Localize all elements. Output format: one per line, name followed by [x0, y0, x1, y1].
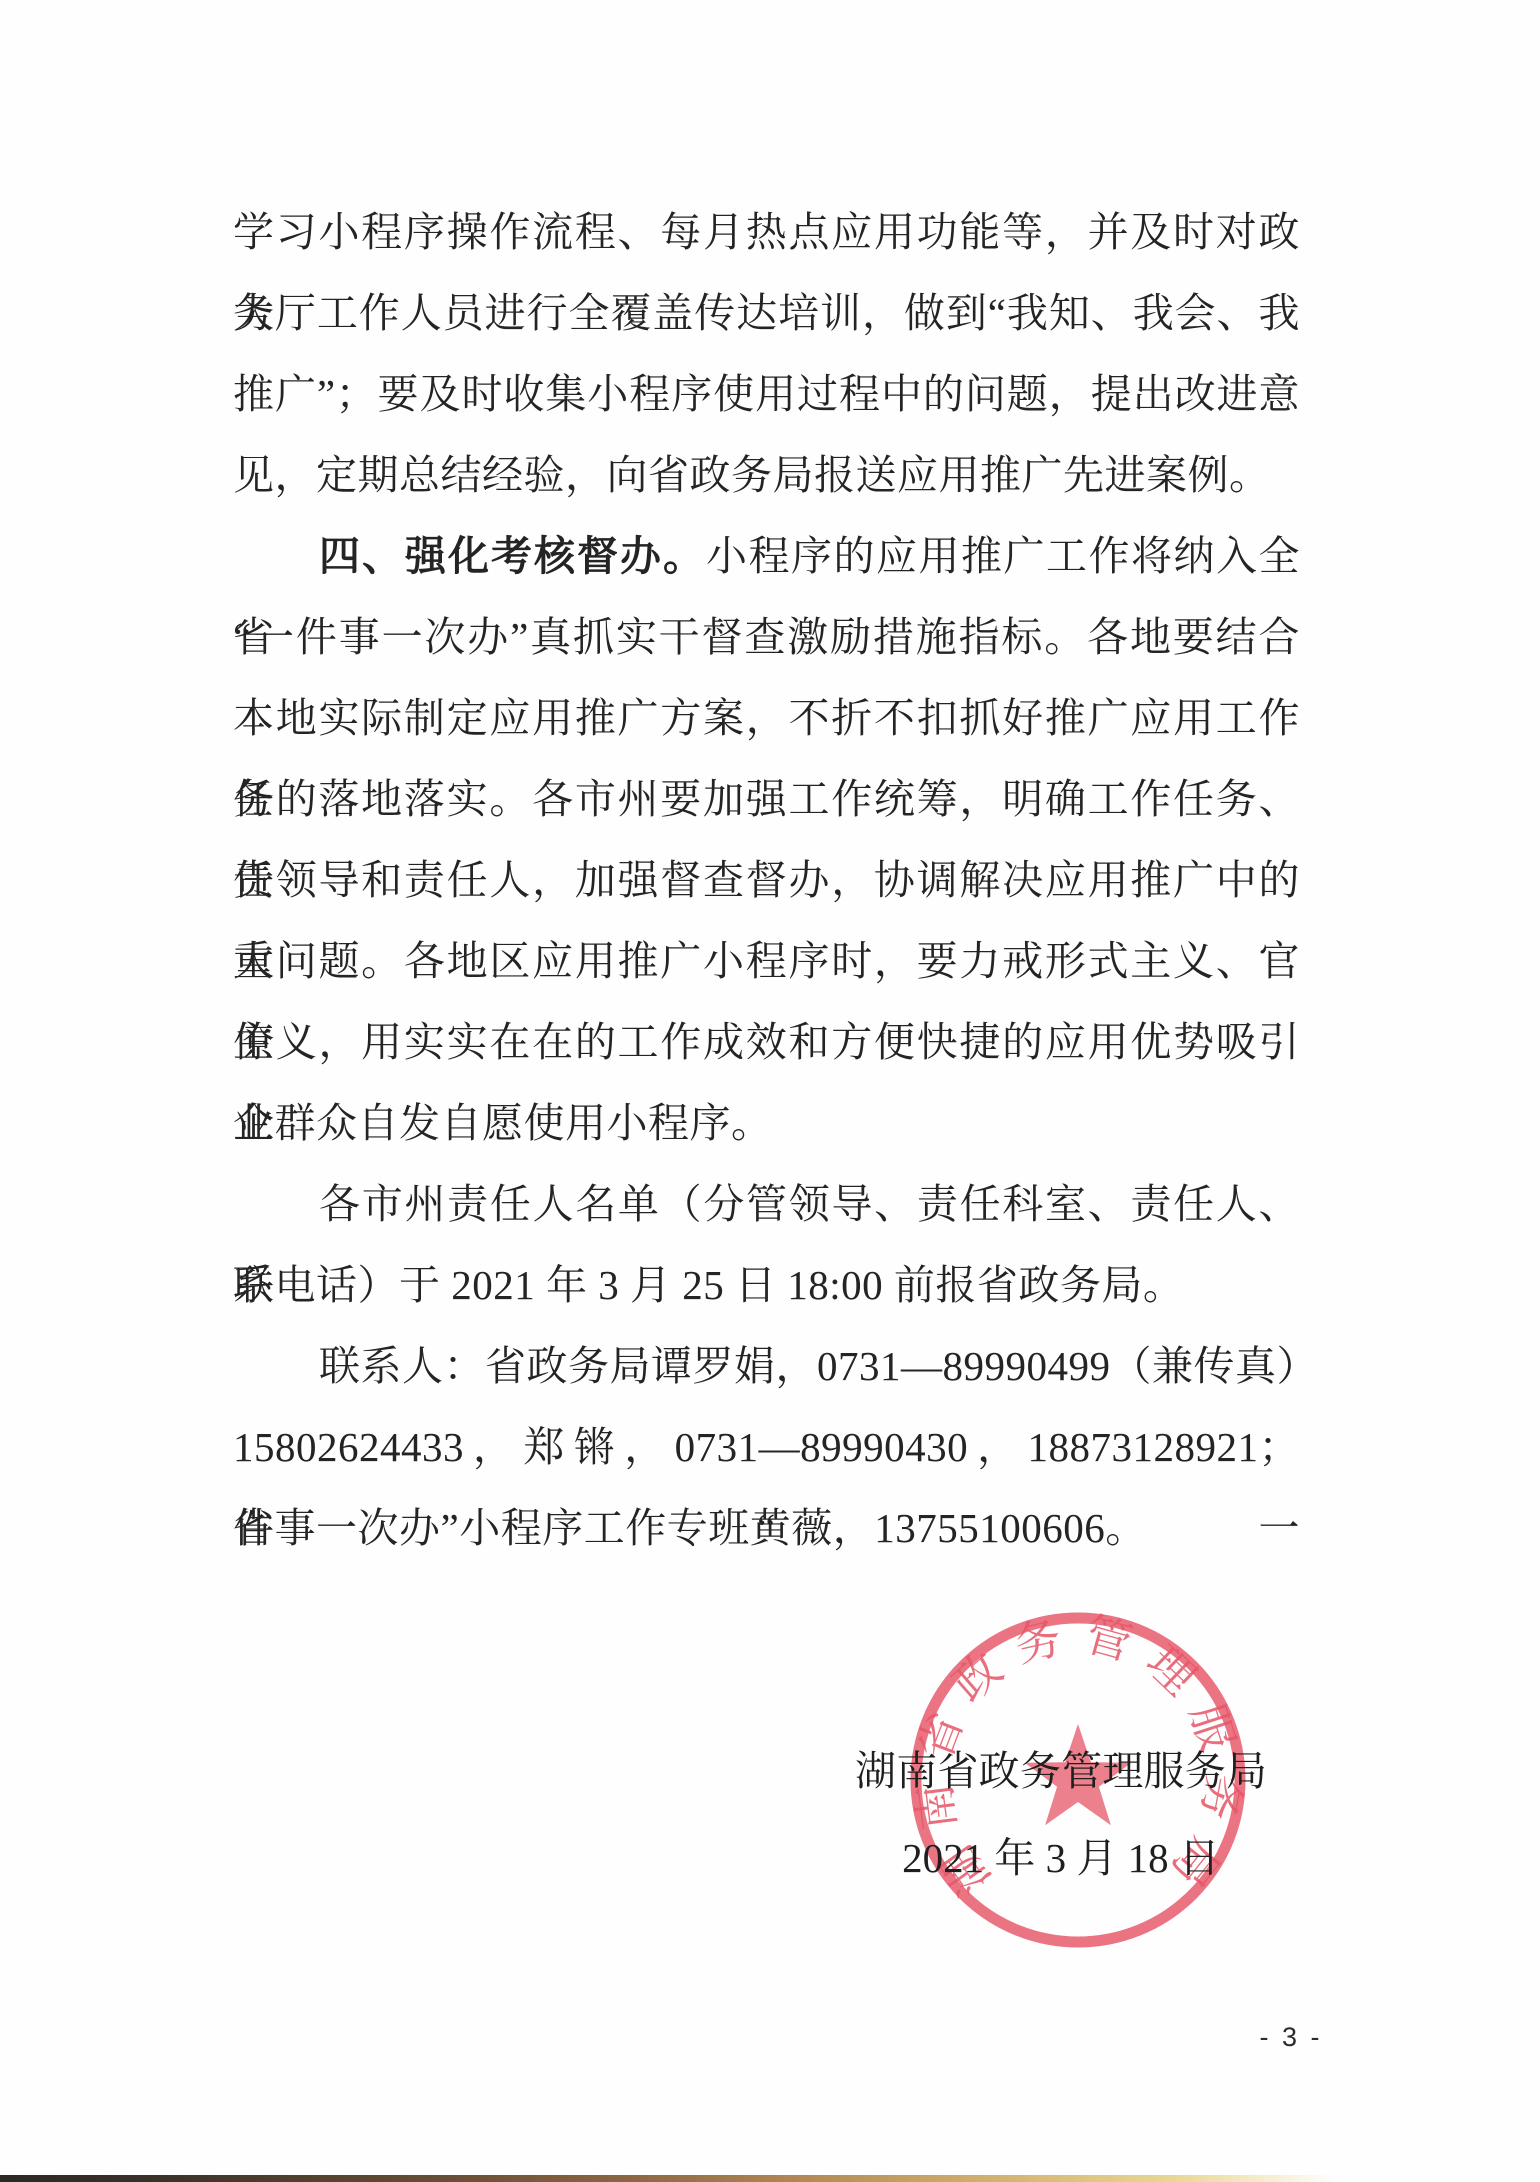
text-line: 大问题。各地区应用推广小程序时，要力戒形式主义、官僚 [233, 921, 1300, 1002]
text-line: 大厅工作人员进行全覆盖传达培训，做到“我知、我会、我 [233, 273, 1300, 354]
document-page: 学习小程序操作流程、每月热点应用功能等，并及时对政务 大厅工作人员进行全覆盖传达… [0, 0, 1540, 2182]
text-line: 务的落地落实。各市州要加强工作统筹，明确工作任务、责 [233, 759, 1300, 840]
body-text: 学习小程序操作流程、每月热点应用功能等，并及时对政务 大厅工作人员进行全覆盖传达… [233, 192, 1300, 1569]
text-line: “一件事一次办”真抓实干督查激励措施指标。各地要结合 [233, 597, 1300, 678]
section-heading: 四、强化考核督办。 [319, 533, 706, 579]
text-line: 系电话）于 2021 年 3 月 25 日 18:00 前报省政务局。 [233, 1245, 1300, 1326]
text-line: 学习小程序操作流程、每月热点应用功能等，并及时对政务 [233, 192, 1300, 273]
page-number: - 3 - [1246, 2022, 1336, 2052]
text-line: 各市州责任人名单（分管领导、责任科室、责任人、联 [233, 1164, 1300, 1245]
text-line: 联系人：省政务局谭罗娟，0731—89990499（兼传真） [233, 1326, 1300, 1407]
signature-agency: 湖南省政务管理服务局 [855, 1749, 1267, 1793]
text-line: 四、强化考核督办。小程序的应用推广工作将纳入全省 [233, 516, 1300, 597]
text-line: 件事一次办”小程序工作专班黄薇，13755100606。 [233, 1488, 1300, 1569]
text-line: 主义，用实实在在的工作成效和方便快捷的应用优势吸引企 [233, 1002, 1300, 1083]
text-line: 本地实际制定应用推广方案，不折不扣抓好推广应用工作任 [233, 678, 1300, 759]
text-line: 见，定期总结经验，向省政务局报送应用推广先进案例。 [233, 435, 1300, 516]
scan-artifact-strip [0, 2175, 1335, 2182]
text-line: 15802624433，郑锵，0731—89990430，18873128921… [233, 1407, 1300, 1488]
text-line: 推广”；要及时收集小程序使用过程中的问题，提出改进意 [233, 354, 1300, 435]
signature-date: 2021 年 3 月 18 日 [855, 1836, 1267, 1880]
text-line: 业群众自发自愿使用小程序。 [233, 1083, 1300, 1164]
text-line: 任领导和责任人，加强督查督办，协调解决应用推广中的重 [233, 840, 1300, 921]
